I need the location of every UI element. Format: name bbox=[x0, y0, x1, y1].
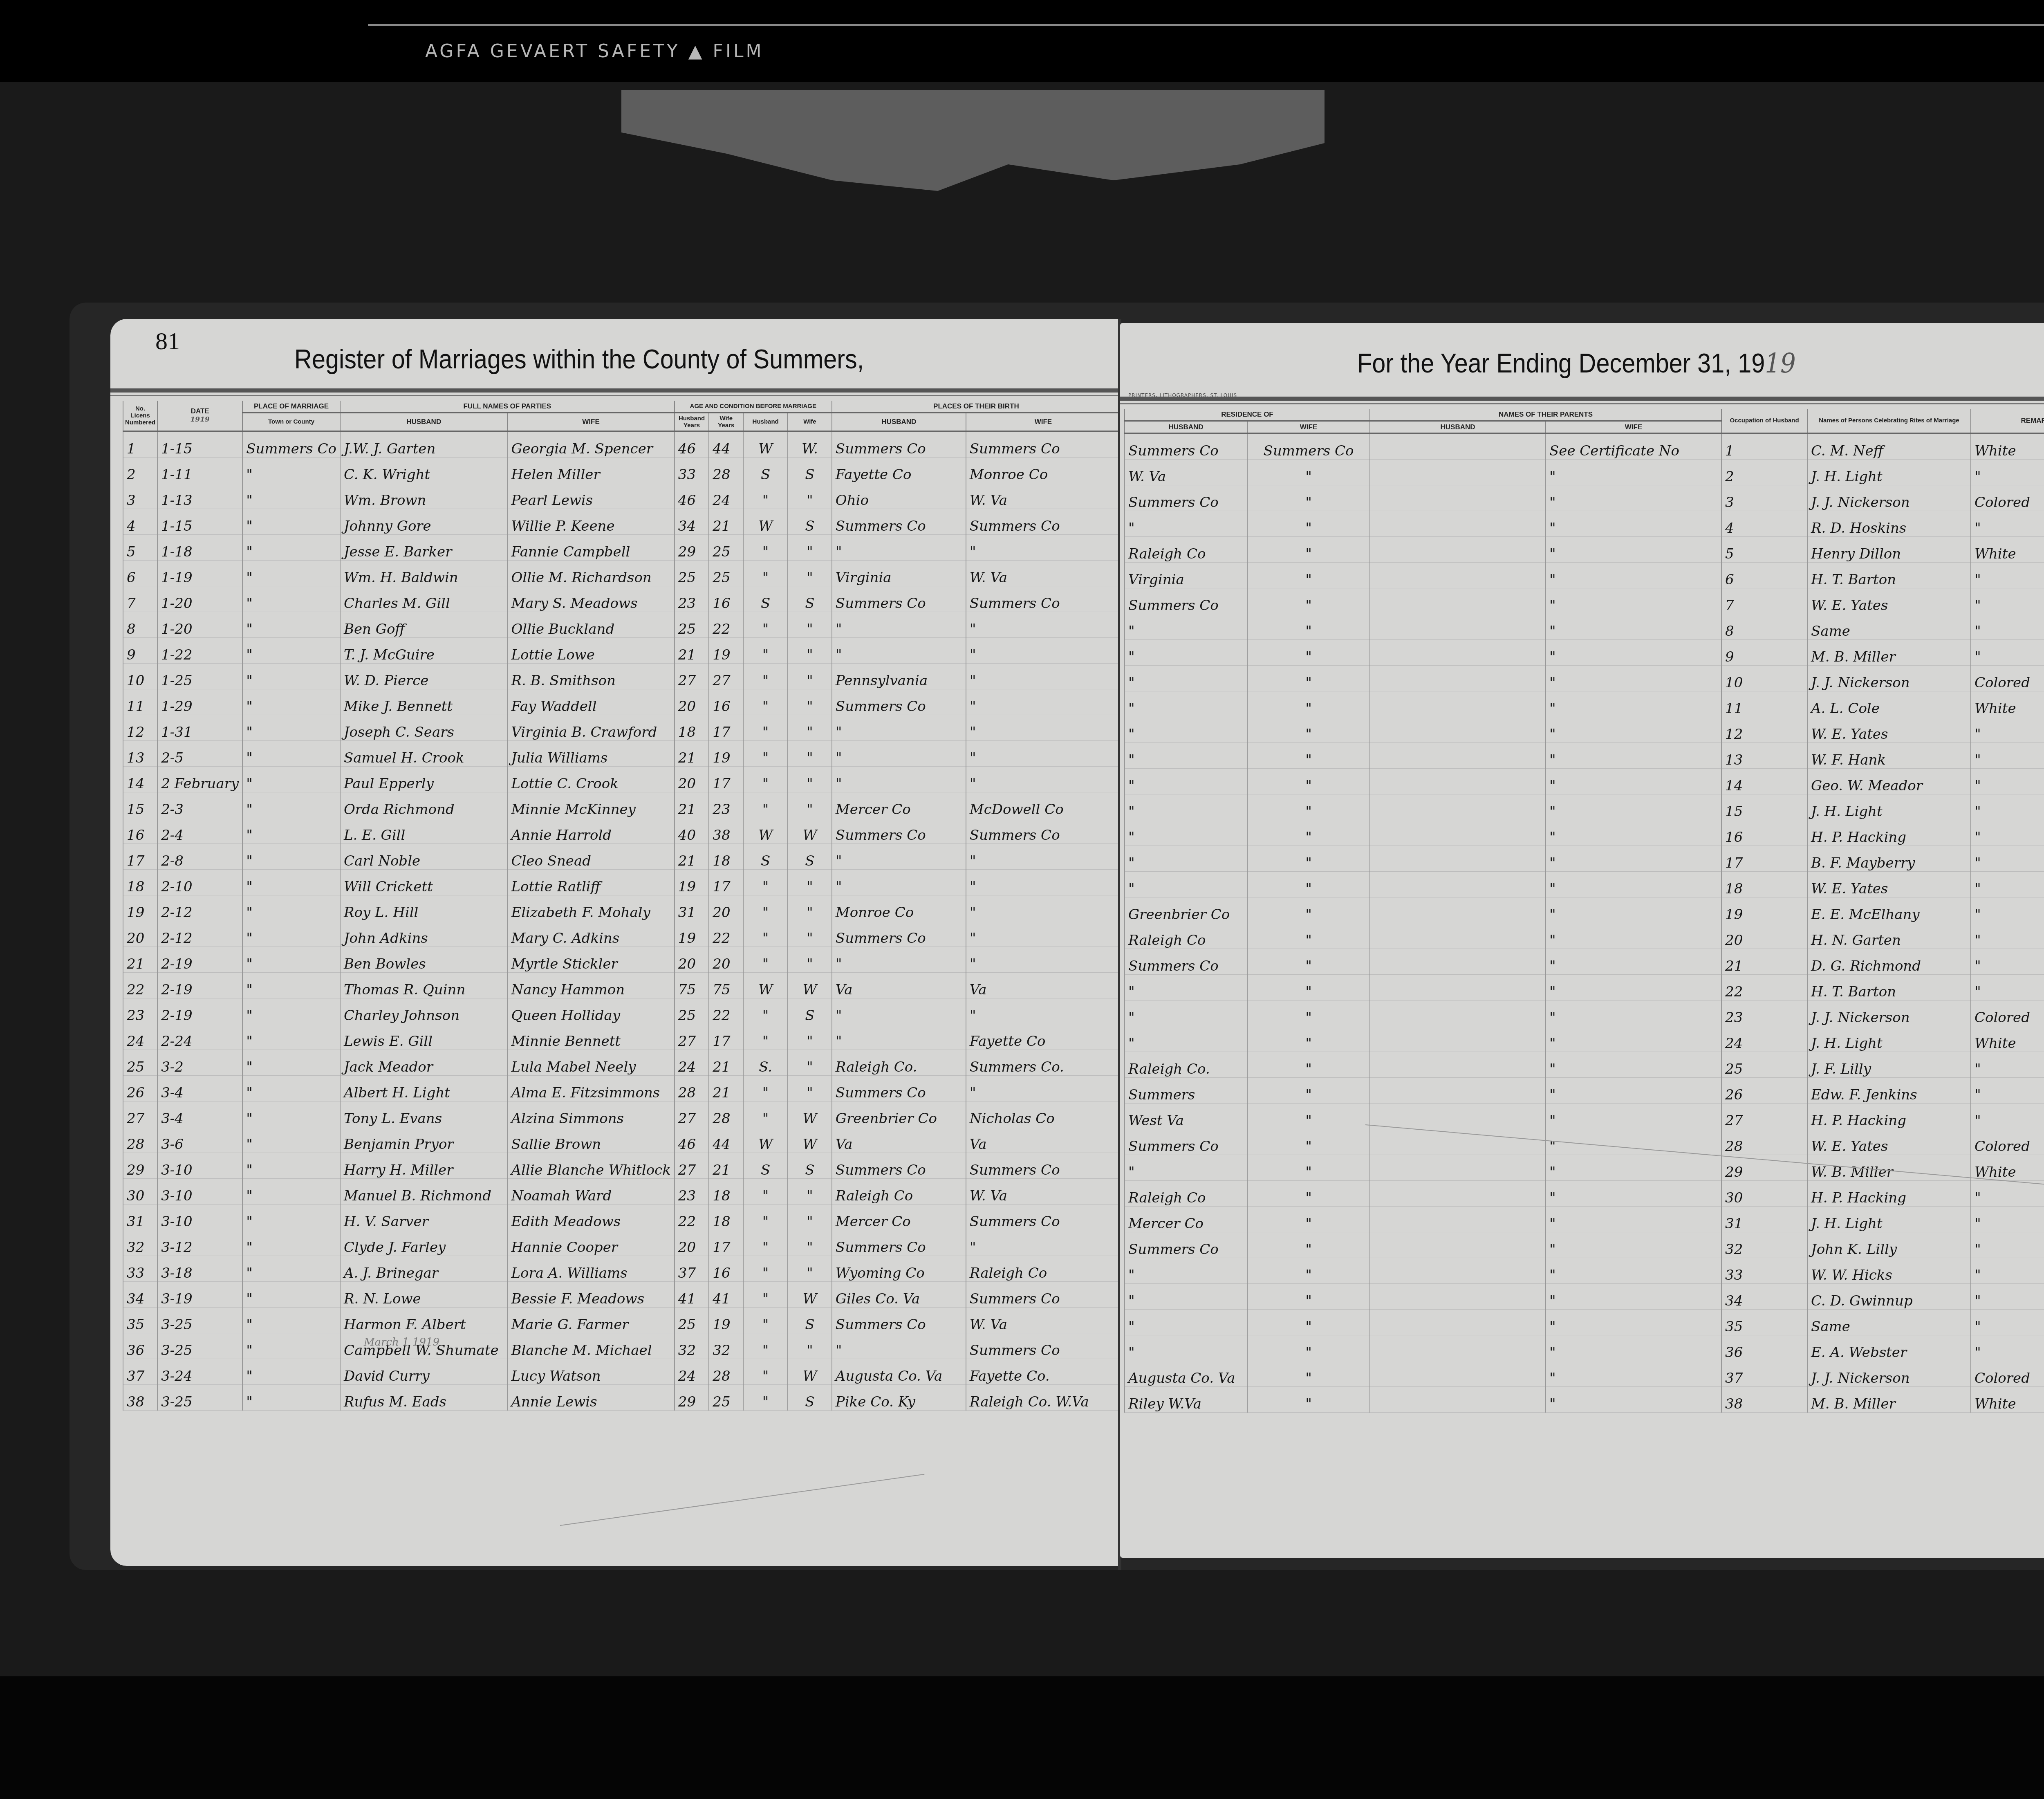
table-row: Greenbrier Co""19E. E. McElhany" bbox=[1125, 897, 2044, 923]
cell-birthplace-husband: Summers Co bbox=[832, 818, 966, 844]
cell-parents-husband bbox=[1370, 1104, 1546, 1129]
cell-remarks: " bbox=[1971, 743, 2044, 769]
cell-parents-husband bbox=[1370, 485, 1546, 511]
table-row: 31-13"Wm. BrownPearl Lewis4624""OhioW. V… bbox=[123, 483, 1120, 509]
table-row: 111-29"Mike J. BennettFay Waddell2016""S… bbox=[123, 689, 1120, 715]
cell-officiant: M. B. Miller bbox=[1807, 1387, 1971, 1413]
cell-remarks: " bbox=[1971, 949, 2044, 975]
cell-remarks: " bbox=[1971, 897, 2044, 923]
cell-residence-wife: " bbox=[1247, 1284, 1370, 1310]
cell-remarks: " bbox=[1971, 794, 2044, 820]
cell-parents-husband bbox=[1370, 1052, 1546, 1078]
cell-birthplace-wife: Summers Co bbox=[966, 1205, 1120, 1230]
cell-age-wife: 22 bbox=[709, 998, 743, 1024]
cell-residence-wife: " bbox=[1247, 1335, 1370, 1361]
cell-license-no: 17 bbox=[123, 844, 157, 870]
cell-age-husband: 21 bbox=[675, 741, 709, 767]
cell-date: 1-15 bbox=[157, 431, 242, 458]
cell-place: " bbox=[242, 1024, 340, 1050]
cell-birthplace-husband: Virginia bbox=[832, 561, 966, 586]
cell-residence-wife: " bbox=[1247, 1026, 1370, 1052]
cell-condition-wife: W bbox=[788, 973, 832, 998]
table-row: """10J. J. NickersonColored bbox=[1125, 666, 2044, 691]
cell-license-no: 35 bbox=[123, 1308, 157, 1333]
cell-birthplace-wife: " bbox=[966, 535, 1120, 561]
table-row: 81-20"Ben GoffOllie Buckland2522"""" bbox=[123, 612, 1120, 638]
cell-birthplace-husband: Monroe Co bbox=[832, 895, 966, 921]
cell-age-husband: 41 bbox=[675, 1282, 709, 1308]
table-row: Virginia""6H. T. Barton" bbox=[1125, 563, 2044, 588]
cell-residence-wife: " bbox=[1247, 1207, 1370, 1232]
cell-remarks: " bbox=[1971, 846, 2044, 872]
cell-condition-husband: W bbox=[743, 509, 788, 535]
cell-husband-name: Ben Goff bbox=[340, 612, 507, 638]
cell-parents-husband bbox=[1370, 1026, 1546, 1052]
cell-place: " bbox=[242, 586, 340, 612]
cell-residence-wife: " bbox=[1247, 511, 1370, 537]
cell-license-no: 28 bbox=[123, 1127, 157, 1153]
cell-residence-wife: " bbox=[1247, 1361, 1370, 1387]
cell-place: " bbox=[242, 458, 340, 483]
cell-date: 3-10 bbox=[157, 1153, 242, 1179]
cell-officiant: W. W. Hicks bbox=[1807, 1258, 1971, 1284]
header-rule bbox=[1120, 397, 2044, 401]
cell-birthplace-husband: Greenbrier Co bbox=[832, 1101, 966, 1127]
cell-parents-wife: " bbox=[1546, 588, 1721, 614]
cell-date: 1-29 bbox=[157, 689, 242, 715]
cell-parents-wife: " bbox=[1546, 1207, 1721, 1232]
cell-birthplace-wife: Raleigh Co bbox=[966, 1256, 1120, 1282]
cell-age-wife: 32 bbox=[709, 1333, 743, 1359]
cell-wife-name: Annie Lewis bbox=[507, 1385, 674, 1411]
cell-husband-name: C. K. Wright bbox=[340, 458, 507, 483]
cell-place: " bbox=[242, 1127, 340, 1153]
cell-occupation: 6 bbox=[1721, 563, 1807, 588]
cell-condition-wife: " bbox=[788, 561, 832, 586]
cell-place: Summers Co bbox=[242, 431, 340, 458]
cell-place: " bbox=[242, 1179, 340, 1205]
cell-license-no: 15 bbox=[123, 792, 157, 818]
cell-residence-wife: " bbox=[1247, 743, 1370, 769]
cell-remarks: " bbox=[1971, 872, 2044, 897]
cell-occupation: 19 bbox=[1721, 897, 1807, 923]
cell-remarks: White bbox=[1971, 691, 2044, 717]
cell-parents-wife: " bbox=[1546, 1284, 1721, 1310]
cell-date: 1-15 bbox=[157, 509, 242, 535]
cell-officiant: Same bbox=[1807, 614, 1971, 640]
cell-occupation: 5 bbox=[1721, 537, 1807, 563]
table-row: """35Same" bbox=[1125, 1310, 2044, 1335]
cell-residence-husband: " bbox=[1125, 511, 1247, 537]
cell-place: " bbox=[242, 1153, 340, 1179]
cell-age-wife: 17 bbox=[709, 1024, 743, 1050]
cell-residence-husband: " bbox=[1125, 769, 1247, 794]
cell-condition-husband: " bbox=[743, 1101, 788, 1127]
cell-age-husband: 20 bbox=[675, 1230, 709, 1256]
cell-age-husband: 31 bbox=[675, 895, 709, 921]
film-edge-text: AGFA GEVAERT SAFETY ▲ FILM bbox=[425, 41, 764, 62]
cell-birthplace-husband: " bbox=[832, 612, 966, 638]
cell-residence-wife: " bbox=[1247, 485, 1370, 511]
table-row: 21-11"C. K. WrightHelen Miller3328SSFaye… bbox=[123, 458, 1120, 483]
cell-age-husband: 34 bbox=[675, 509, 709, 535]
cell-condition-wife: " bbox=[788, 895, 832, 921]
table-row: 212-19"Ben BowlesMyrtle Stickler2020"""" bbox=[123, 947, 1120, 973]
cell-age-wife: 16 bbox=[709, 689, 743, 715]
cell-place: " bbox=[242, 1050, 340, 1076]
cell-age-husband: 19 bbox=[675, 921, 709, 947]
cell-remarks: " bbox=[1971, 923, 2044, 949]
table-row: """23J. J. NickersonColored bbox=[1125, 1000, 2044, 1026]
cell-occupation: 24 bbox=[1721, 1026, 1807, 1052]
col-header-age-husband: Husband Years bbox=[675, 413, 709, 431]
cell-license-no: 38 bbox=[123, 1385, 157, 1411]
cell-residence-wife: " bbox=[1247, 1000, 1370, 1026]
cell-condition-husband: " bbox=[743, 535, 788, 561]
cell-parents-wife: " bbox=[1546, 1310, 1721, 1335]
cell-condition-wife: " bbox=[788, 1179, 832, 1205]
table-row: """14Geo. W. Meador" bbox=[1125, 769, 2044, 794]
cell-birthplace-husband: Ohio bbox=[832, 483, 966, 509]
col-header-husband: HUSBAND bbox=[340, 413, 507, 431]
cell-age-husband: 46 bbox=[675, 1127, 709, 1153]
cell-birthplace-husband: Summers Co bbox=[832, 921, 966, 947]
cell-age-husband: 25 bbox=[675, 1308, 709, 1333]
cell-parents-wife: " bbox=[1546, 1000, 1721, 1026]
cell-residence-husband: " bbox=[1125, 743, 1247, 769]
table-row: """11A. L. ColeWhite bbox=[1125, 691, 2044, 717]
cell-condition-wife: S bbox=[788, 1385, 832, 1411]
table-row: 353-25"Harmon F. AlbertMarie G. Farmer25… bbox=[123, 1308, 1120, 1333]
cell-date: 3-19 bbox=[157, 1282, 242, 1308]
cell-condition-wife: " bbox=[788, 1256, 832, 1282]
cell-age-wife: 16 bbox=[709, 1256, 743, 1282]
table-row: West Va""27H. P. Hacking" bbox=[1125, 1104, 2044, 1129]
table-row: 303-10"Manuel B. RichmondNoamah Ward2318… bbox=[123, 1179, 1120, 1205]
cell-place: " bbox=[242, 741, 340, 767]
cell-parents-wife: " bbox=[1546, 743, 1721, 769]
cell-remarks: " bbox=[1971, 460, 2044, 485]
cell-officiant: H. P. Hacking bbox=[1807, 1104, 1971, 1129]
cell-parents-husband bbox=[1370, 1155, 1546, 1181]
cell-age-wife: 17 bbox=[709, 1230, 743, 1256]
cell-parents-wife: " bbox=[1546, 1155, 1721, 1181]
cell-license-no: 16 bbox=[123, 818, 157, 844]
cell-officiant: A. L. Cole bbox=[1807, 691, 1971, 717]
cell-condition-husband: W bbox=[743, 973, 788, 998]
cell-age-wife: 19 bbox=[709, 1308, 743, 1333]
cell-officiant: J. H. Light bbox=[1807, 1026, 1971, 1052]
cell-condition-wife: " bbox=[788, 741, 832, 767]
cell-age-husband: 23 bbox=[675, 586, 709, 612]
cell-residence-wife: " bbox=[1247, 975, 1370, 1000]
cell-husband-name: Rufus M. Eads bbox=[340, 1385, 507, 1411]
cell-parents-husband bbox=[1370, 1335, 1546, 1361]
cell-birthplace-wife: Va bbox=[966, 973, 1120, 998]
cell-date: 2-4 bbox=[157, 818, 242, 844]
table-row: Summers CoSummers CoSee Certificate No1C… bbox=[1125, 433, 2044, 460]
cell-license-no: 30 bbox=[123, 1179, 157, 1205]
cell-wife-name: Lula Mabel Neely bbox=[507, 1050, 674, 1076]
cell-date: 2-19 bbox=[157, 973, 242, 998]
cell-birthplace-husband: Summers Co bbox=[832, 509, 966, 535]
table-row: """33W. W. Hicks" bbox=[1125, 1258, 2044, 1284]
cell-parents-wife: " bbox=[1546, 666, 1721, 691]
cell-husband-name: A. J. Brinegar bbox=[340, 1256, 507, 1282]
table-row: 172-8"Carl NobleCleo Snead2118SS"" bbox=[123, 844, 1120, 870]
cell-residence-husband: " bbox=[1125, 820, 1247, 846]
cell-condition-wife: " bbox=[788, 870, 832, 895]
cell-occupation: 30 bbox=[1721, 1181, 1807, 1207]
cell-husband-name: Carl Noble bbox=[340, 844, 507, 870]
cell-birthplace-wife: " bbox=[966, 715, 1120, 741]
cell-age-husband: 25 bbox=[675, 612, 709, 638]
cell-residence-wife: " bbox=[1247, 872, 1370, 897]
cell-birthplace-husband: " bbox=[832, 1024, 966, 1050]
cell-birthplace-wife: Fayette Co. bbox=[966, 1359, 1120, 1385]
table-row: Raleigh Co.""25J. F. Lilly" bbox=[1125, 1052, 2044, 1078]
cell-parents-wife: " bbox=[1546, 1361, 1721, 1387]
cell-age-wife: 23 bbox=[709, 792, 743, 818]
cell-occupation: 37 bbox=[1721, 1361, 1807, 1387]
cell-remarks: " bbox=[1971, 1104, 2044, 1129]
cell-age-wife: 21 bbox=[709, 1050, 743, 1076]
cell-license-no: 7 bbox=[123, 586, 157, 612]
cell-place: " bbox=[242, 509, 340, 535]
cell-residence-wife: " bbox=[1247, 949, 1370, 975]
table-row: Summers Co""21D. G. Richmond" bbox=[1125, 949, 2044, 975]
cell-parents-husband bbox=[1370, 1284, 1546, 1310]
col-header-remarks: REMARKS bbox=[1971, 409, 2044, 433]
table-row: 343-19"R. N. LoweBessie F. Meadows4141"W… bbox=[123, 1282, 1120, 1308]
cell-date: 2-12 bbox=[157, 895, 242, 921]
cell-condition-husband: " bbox=[743, 1333, 788, 1359]
cell-officiant: M. B. Miller bbox=[1807, 640, 1971, 666]
cell-husband-name: David Curry bbox=[340, 1359, 507, 1385]
cell-occupation: 32 bbox=[1721, 1232, 1807, 1258]
cell-license-no: 13 bbox=[123, 741, 157, 767]
cell-officiant: C. M. Neff bbox=[1807, 433, 1971, 460]
table-row: """24J. H. LightWhite bbox=[1125, 1026, 2044, 1052]
cell-residence-wife: " bbox=[1247, 640, 1370, 666]
cell-residence-wife: " bbox=[1247, 794, 1370, 820]
cell-officiant: H. T. Barton bbox=[1807, 975, 1971, 1000]
cell-place: " bbox=[242, 664, 340, 689]
cell-age-wife: 17 bbox=[709, 870, 743, 895]
cell-age-husband: 46 bbox=[675, 483, 709, 509]
table-row: """12W. E. Yates" bbox=[1125, 717, 2044, 743]
cell-condition-husband: " bbox=[743, 1282, 788, 1308]
cell-parents-wife: " bbox=[1546, 769, 1721, 794]
cell-place: " bbox=[242, 767, 340, 792]
cell-date: 2-10 bbox=[157, 870, 242, 895]
table-row: 293-10"Harry H. MillerAllie Blanche Whit… bbox=[123, 1153, 1120, 1179]
table-row: 162-4"L. E. GillAnnie Harrold4038WWSumme… bbox=[123, 818, 1120, 844]
cell-age-wife: 21 bbox=[709, 509, 743, 535]
cell-condition-husband: " bbox=[743, 664, 788, 689]
cell-condition-husband: W bbox=[743, 431, 788, 458]
cell-wife-name: Blanche M. Michael bbox=[507, 1333, 674, 1359]
cell-age-husband: 27 bbox=[675, 1153, 709, 1179]
cell-remarks: Colored bbox=[1971, 1000, 2044, 1026]
cell-age-husband: 21 bbox=[675, 638, 709, 664]
cell-occupation: 9 bbox=[1721, 640, 1807, 666]
cell-officiant: H. P. Hacking bbox=[1807, 820, 1971, 846]
cell-birthplace-husband: " bbox=[832, 844, 966, 870]
cell-wife-name: Queen Holliday bbox=[507, 998, 674, 1024]
cell-parents-wife: " bbox=[1546, 1129, 1721, 1155]
cell-age-wife: 16 bbox=[709, 586, 743, 612]
cell-occupation: 7 bbox=[1721, 588, 1807, 614]
cell-occupation: 18 bbox=[1721, 872, 1807, 897]
cell-officiant: W. F. Hank bbox=[1807, 743, 1971, 769]
cell-wife-name: Alma E. Fitzsimmons bbox=[507, 1076, 674, 1101]
cell-residence-husband: Summers Co bbox=[1125, 949, 1247, 975]
cell-condition-husband: W bbox=[743, 1127, 788, 1153]
cell-birthplace-wife: " bbox=[966, 870, 1120, 895]
col-header-wife: WIFE bbox=[507, 413, 674, 431]
cell-license-no: 1 bbox=[123, 431, 157, 458]
cell-condition-wife: W bbox=[788, 1101, 832, 1127]
cell-birthplace-wife: Summers Co bbox=[966, 586, 1120, 612]
cell-parents-husband bbox=[1370, 794, 1546, 820]
table-row: Summers Co""3J. J. NickersonColored bbox=[1125, 485, 2044, 511]
page-title: Register of Marriages within the County … bbox=[294, 343, 864, 375]
cell-birthplace-wife: " bbox=[966, 844, 1120, 870]
cell-date: 3-18 bbox=[157, 1256, 242, 1282]
cell-occupation: 12 bbox=[1721, 717, 1807, 743]
cell-remarks: Colored bbox=[1971, 666, 2044, 691]
cell-condition-wife: " bbox=[788, 1333, 832, 1359]
cell-husband-name: Will Crickett bbox=[340, 870, 507, 895]
cell-license-no: 19 bbox=[123, 895, 157, 921]
cell-place: " bbox=[242, 998, 340, 1024]
cell-remarks: " bbox=[1971, 511, 2044, 537]
cell-parents-husband bbox=[1370, 769, 1546, 794]
cell-birthplace-husband: Raleigh Co bbox=[832, 1179, 966, 1205]
cell-condition-wife: " bbox=[788, 689, 832, 715]
cell-residence-husband: Raleigh Co bbox=[1125, 1181, 1247, 1207]
cell-license-no: 12 bbox=[123, 715, 157, 741]
cell-wife-name: Hannie Cooper bbox=[507, 1230, 674, 1256]
cell-license-no: 27 bbox=[123, 1101, 157, 1127]
cell-officiant: W. E. Yates bbox=[1807, 588, 1971, 614]
cell-place: " bbox=[242, 715, 340, 741]
cell-date: 3-4 bbox=[157, 1076, 242, 1101]
cell-parents-wife: " bbox=[1546, 460, 1721, 485]
cell-wife-name: Lottie Ratliff bbox=[507, 870, 674, 895]
col-group-names: FULL NAMES OF PARTIES bbox=[340, 401, 675, 413]
cell-birthplace-wife: Summers Co bbox=[966, 1333, 1120, 1359]
table-row: 383-25"Rufus M. EadsAnnie Lewis2925"SPik… bbox=[123, 1385, 1120, 1411]
table-row: 363-25"Campbell W. ShumateBlanche M. Mic… bbox=[123, 1333, 1120, 1359]
cell-birthplace-husband: Wyoming Co bbox=[832, 1256, 966, 1282]
cell-officiant: W. E. Yates bbox=[1807, 872, 1971, 897]
cell-condition-wife: " bbox=[788, 664, 832, 689]
table-row: 242-24"Lewis E. GillMinnie Bennett2717""… bbox=[123, 1024, 1120, 1050]
cell-occupation: 1 bbox=[1721, 433, 1807, 460]
cell-age-husband: 75 bbox=[675, 973, 709, 998]
cell-occupation: 36 bbox=[1721, 1335, 1807, 1361]
cell-parents-wife: " bbox=[1546, 1232, 1721, 1258]
col-header-res-husband: HUSBAND bbox=[1125, 421, 1247, 433]
table-row: """34C. D. Gwinnup" bbox=[1125, 1284, 2044, 1310]
col-header-age-wife: Wife Years bbox=[709, 413, 743, 431]
cell-parents-husband bbox=[1370, 846, 1546, 872]
cell-condition-husband: " bbox=[743, 483, 788, 509]
cell-husband-name: Lewis E. Gill bbox=[340, 1024, 507, 1050]
cell-wife-name: Nancy Hammon bbox=[507, 973, 674, 998]
cell-occupation: 22 bbox=[1721, 975, 1807, 1000]
cell-license-no: 11 bbox=[123, 689, 157, 715]
cell-residence-husband: " bbox=[1125, 666, 1247, 691]
cell-residence-wife: " bbox=[1247, 1310, 1370, 1335]
cell-parents-husband bbox=[1370, 1078, 1546, 1104]
cell-residence-husband: " bbox=[1125, 1310, 1247, 1335]
cell-remarks: " bbox=[1971, 769, 2044, 794]
cell-age-wife: 22 bbox=[709, 921, 743, 947]
cell-age-husband: 46 bbox=[675, 431, 709, 458]
cell-birthplace-wife: Summers Co bbox=[966, 818, 1120, 844]
cell-officiant: Edw. F. Jenkins bbox=[1807, 1078, 1971, 1104]
cell-license-no: 37 bbox=[123, 1359, 157, 1385]
cell-place: " bbox=[242, 844, 340, 870]
cell-remarks: " bbox=[1971, 640, 2044, 666]
cell-birthplace-husband: Mercer Co bbox=[832, 792, 966, 818]
cell-residence-wife: " bbox=[1247, 588, 1370, 614]
cell-wife-name: Willie P. Keene bbox=[507, 509, 674, 535]
cell-date: 2-12 bbox=[157, 921, 242, 947]
cell-birthplace-husband: " bbox=[832, 535, 966, 561]
cell-residence-husband: " bbox=[1125, 846, 1247, 872]
cell-age-wife: 25 bbox=[709, 1385, 743, 1411]
cell-officiant: J. F. Lilly bbox=[1807, 1052, 1971, 1078]
cell-residence-husband: Virginia bbox=[1125, 563, 1247, 588]
cell-age-wife: 17 bbox=[709, 767, 743, 792]
cell-date: 1-31 bbox=[157, 715, 242, 741]
cell-condition-husband: " bbox=[743, 1256, 788, 1282]
cell-occupation: 10 bbox=[1721, 666, 1807, 691]
cell-residence-husband: " bbox=[1125, 717, 1247, 743]
cell-parents-wife: " bbox=[1546, 691, 1721, 717]
cell-license-no: 2 bbox=[123, 458, 157, 483]
cell-wife-name: Bessie F. Meadows bbox=[507, 1282, 674, 1308]
cell-remarks: " bbox=[1971, 1335, 2044, 1361]
cell-age-husband: 29 bbox=[675, 535, 709, 561]
cell-residence-husband: Raleigh Co. bbox=[1125, 1052, 1247, 1078]
cell-officiant: E. E. McElhany bbox=[1807, 897, 1971, 923]
table-row: 71-20"Charles M. GillMary S. Meadows2316… bbox=[123, 586, 1120, 612]
cell-wife-name: Lucy Watson bbox=[507, 1359, 674, 1385]
cell-residence-husband: Summers Co bbox=[1125, 1129, 1247, 1155]
cell-age-husband: 27 bbox=[675, 1101, 709, 1127]
cell-condition-husband: " bbox=[743, 1308, 788, 1333]
cell-condition-husband: " bbox=[743, 947, 788, 973]
cell-remarks: " bbox=[1971, 717, 2044, 743]
cell-birthplace-wife: W. Va bbox=[966, 1179, 1120, 1205]
cell-husband-name: Albert H. Light bbox=[340, 1076, 507, 1101]
cell-age-wife: 18 bbox=[709, 1179, 743, 1205]
cell-place: " bbox=[242, 535, 340, 561]
cell-condition-wife: S bbox=[788, 458, 832, 483]
cell-officiant: B. F. Mayberry bbox=[1807, 846, 1971, 872]
cell-residence-husband: West Va bbox=[1125, 1104, 1247, 1129]
cell-age-husband: 27 bbox=[675, 1024, 709, 1050]
table-row: """8Same" bbox=[1125, 614, 2044, 640]
table-row: """29W. B. MillerWhite bbox=[1125, 1155, 2044, 1181]
cell-condition-husband: " bbox=[743, 1385, 788, 1411]
cell-condition-husband: " bbox=[743, 612, 788, 638]
